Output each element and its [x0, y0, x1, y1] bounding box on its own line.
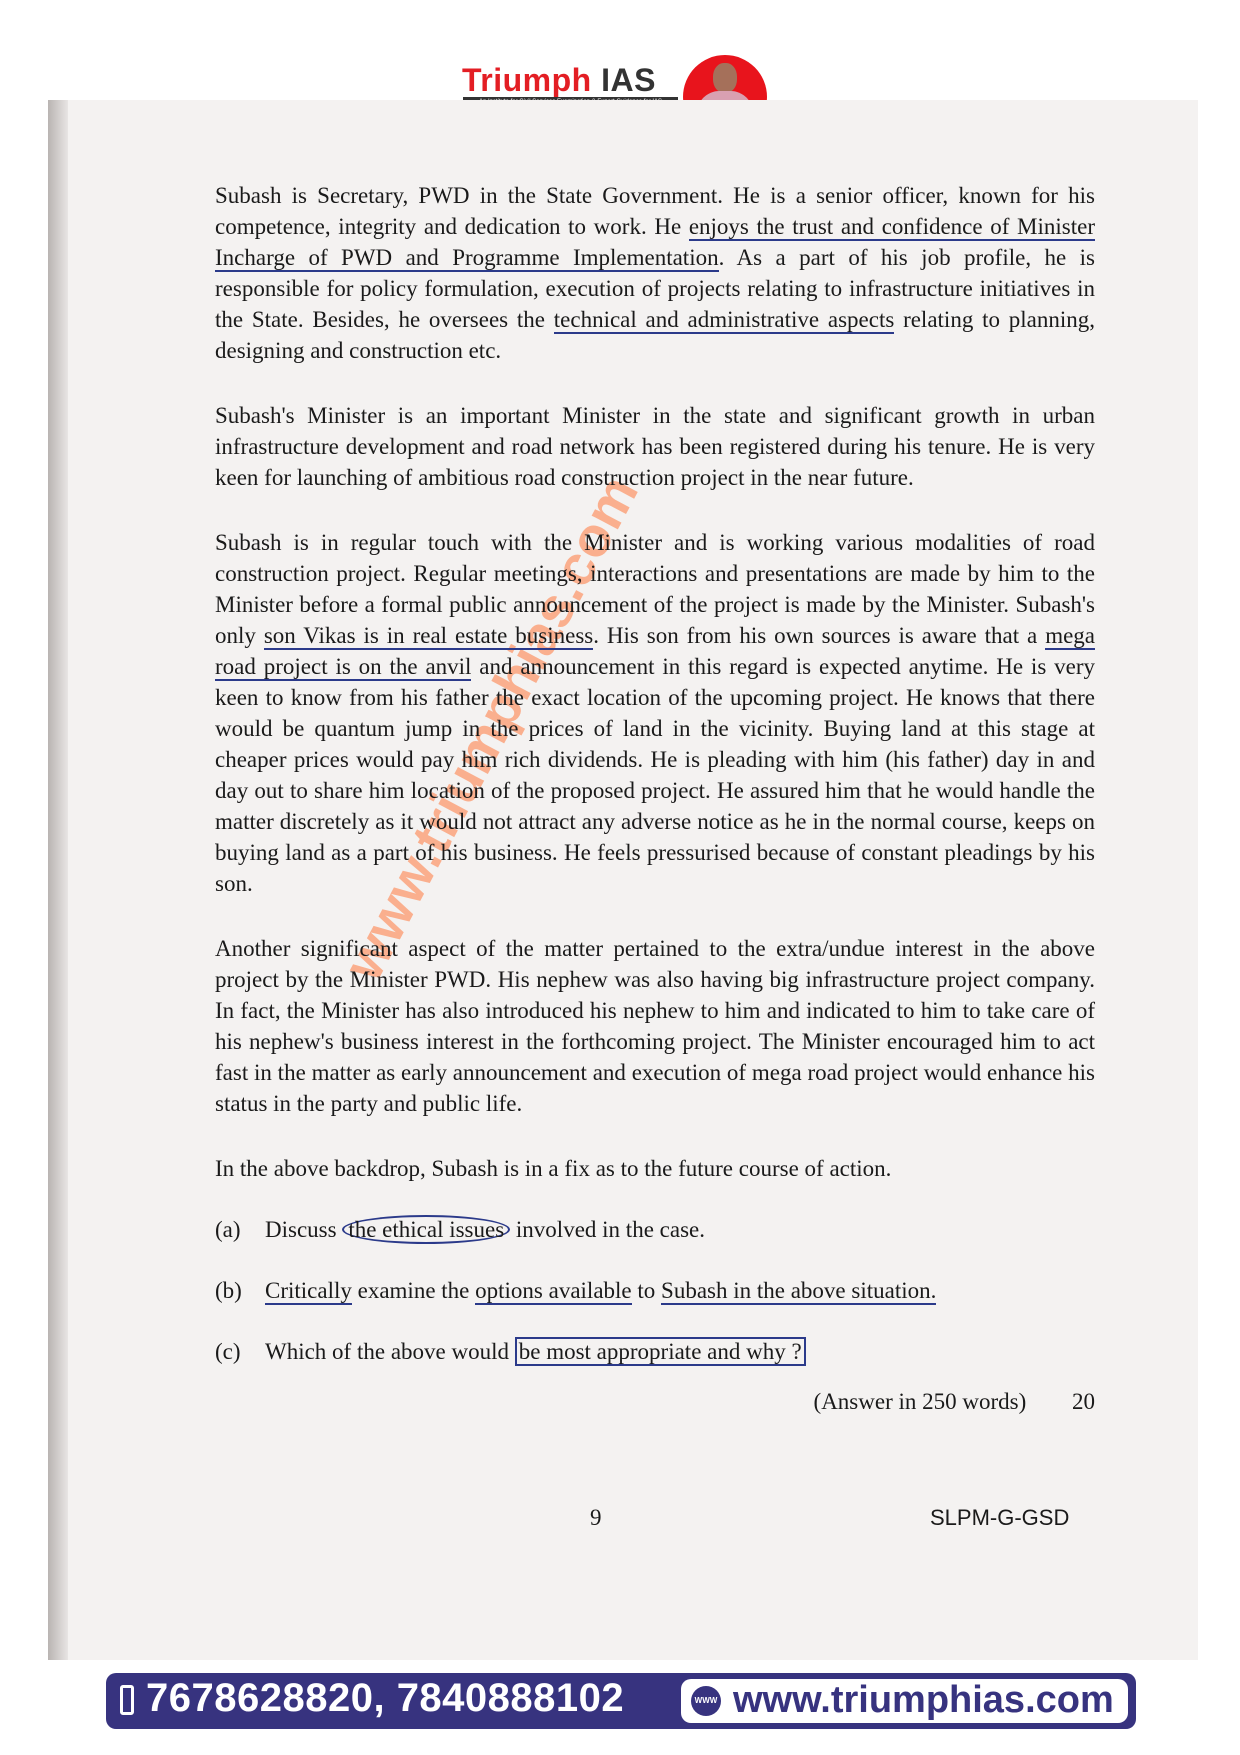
question-text: Which of the above would be most appropr…	[265, 1336, 806, 1367]
question-label: (b)	[215, 1275, 265, 1306]
question-item: (a)Discuss the ethical issues involved i…	[215, 1214, 1095, 1245]
marks-line: (Answer in 250 words) 20	[215, 1389, 1095, 1415]
pen-underline: options available	[475, 1278, 632, 1305]
text-run: . His son from his own sources is aware …	[593, 623, 1045, 648]
question-label: (c)	[215, 1336, 265, 1367]
text-run: to	[632, 1278, 661, 1303]
pen-underline: Critically	[265, 1278, 352, 1305]
globe-icon: WWW	[691, 1686, 721, 1716]
paper-code: SLPM-G-GSD	[930, 1505, 1069, 1531]
text-run: Discuss	[265, 1217, 342, 1242]
paragraph: Subash is Secretary, PWD in the State Go…	[215, 180, 1095, 366]
marks-value: 20	[1072, 1389, 1095, 1414]
pen-underline: technical and administrative aspects	[554, 307, 895, 334]
phone-icon	[120, 1685, 134, 1715]
closing-statement: In the above backdrop, Subash is in a fi…	[215, 1153, 1095, 1184]
question-label: (a)	[215, 1214, 265, 1245]
brand-suffix: IAS	[601, 62, 656, 98]
text-run: involved in the case.	[510, 1217, 705, 1242]
paragraph: Subash's Minister is an important Minist…	[215, 400, 1095, 493]
phone-numbers[interactable]: 7678628820, 7840888102	[146, 1676, 624, 1721]
question-item: (b)Critically examine the options availa…	[215, 1275, 1095, 1306]
text-run: and announcement in this regard is expec…	[215, 654, 1095, 896]
page-number: 9	[590, 1505, 602, 1531]
website-link[interactable]: www.triumphias.com	[733, 1679, 1114, 1722]
contact-footer: 7678628820, 7840888102 WWW www.triumphia…	[106, 1673, 1136, 1729]
question-item: (c)Which of the above would be most appr…	[215, 1336, 1095, 1367]
paragraph: Subash is in regular touch with the Mini…	[215, 527, 1095, 899]
photo-head	[713, 63, 737, 93]
text-run: Subash's Minister is an important Minist…	[215, 403, 1095, 490]
question-text: Discuss the ethical issues involved in t…	[265, 1214, 705, 1245]
header: Triumph IAS An Institute for Civil Servi…	[0, 0, 1240, 110]
question-text: Critically examine the options available…	[265, 1275, 936, 1306]
pen-underline: Subash in the above situation.	[661, 1278, 936, 1305]
question-page: Subash is Secretary, PWD in the State Go…	[215, 180, 1095, 1415]
text-run: examine the	[352, 1278, 475, 1303]
text-run: Which of the above would	[265, 1339, 515, 1364]
pen-circle: the ethical issues	[342, 1215, 510, 1244]
question-list: (a)Discuss the ethical issues involved i…	[215, 1214, 1095, 1367]
pen-box: be most appropriate and why ?	[515, 1337, 806, 1366]
paragraph: Another significant aspect of the matter…	[215, 933, 1095, 1119]
answer-note: (Answer in 250 words)	[814, 1389, 1027, 1414]
website-pill[interactable]: WWW www.triumphias.com	[681, 1679, 1128, 1723]
pen-underline: son Vikas is in real estate business	[264, 623, 593, 650]
case-study-text: Subash is Secretary, PWD in the State Go…	[215, 180, 1095, 1119]
brand-name: Triumph	[462, 62, 592, 98]
brand-logo: Triumph IAS	[462, 62, 656, 99]
text-run: Another significant aspect of the matter…	[215, 936, 1095, 1116]
